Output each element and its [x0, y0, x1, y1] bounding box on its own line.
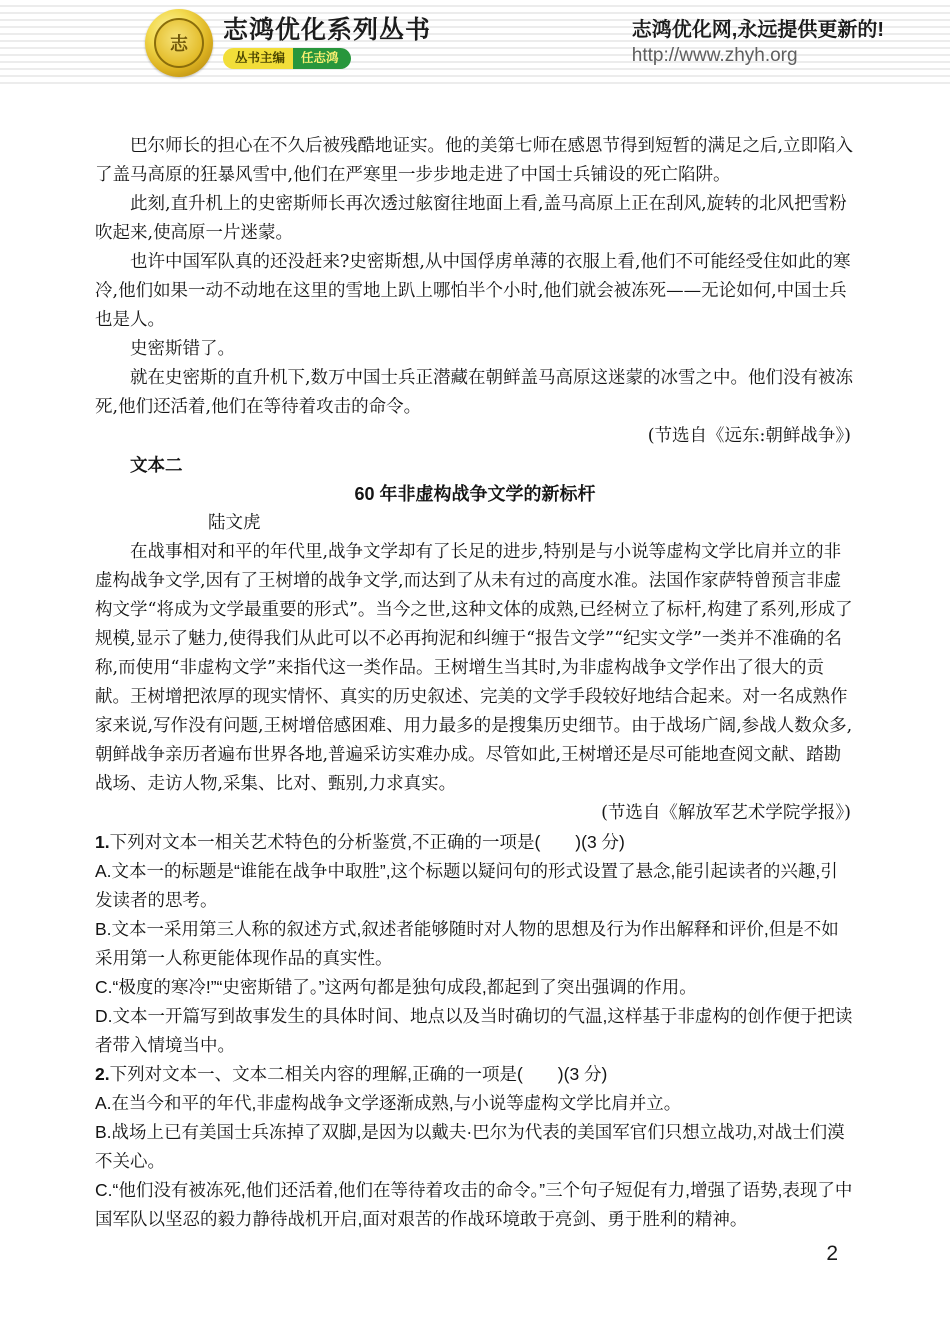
chief-editor-badge: 丛书主编 任志鸿: [223, 48, 351, 69]
text2-author: 陆文虎: [95, 509, 855, 538]
text1-paragraph: 就在史密斯的直升机下,数万中国士兵正潜藏在朝鲜盖马高原这迷蒙的冰雪之中。他们没有…: [95, 364, 855, 422]
text1-paragraph: 史密斯错了。: [95, 335, 855, 364]
site-info-block: 志鸿优化网,永远提供更新的! http://www.zhyh.org: [632, 17, 884, 69]
question-1-number: 1.: [95, 832, 110, 852]
brand-text-block: 志鸿优化系列丛书 丛书主编 任志鸿: [223, 17, 431, 70]
question-1-option-b: B.文本一采用第三人称的叙述方式,叙述者能够随时对人物的思想及行为作出解释和评价…: [95, 915, 855, 973]
chief-editor-badge-name: 任志鸿: [293, 48, 351, 69]
text2-title: 60 年非虚构战争文学的新标杆: [95, 480, 855, 509]
text1-source-attribution: (节选自《远东:朝鲜战争》): [95, 422, 855, 451]
question-2-option-c: C.“他们没有被冻死,他们还活着,他们在等待着攻击的命令。”三个句子短促有力,增…: [95, 1176, 855, 1234]
question-2-option-a: A.在当今和平的年代,非虚构战争文学逐渐成熟,与小说等虚构文学比肩并立。: [95, 1089, 855, 1118]
text2-paragraph: 在战事相对和平的年代里,战争文学却有了长足的进步,特别是与小说等虚构文学比肩并立…: [95, 538, 855, 799]
text1-paragraph: 此刻,直升机上的史密斯师长再次透过舷窗往地面上看,盖马高原上正在刮风,旋转的北风…: [95, 190, 855, 248]
text2-section-label: 文本二: [95, 451, 855, 480]
text2-source-attribution: (节选自《解放军艺术学院学报》): [95, 799, 855, 828]
site-slogan: 志鸿优化网,永远提供更新的!: [632, 17, 884, 43]
question-1-option-c: C.“极度的寒冷!”“史密斯错了。”这两句都是独句成段,都起到了突出强调的作用。: [95, 973, 855, 1002]
question-2-stem: 下列对文本一、文本二相关内容的理解,正确的一项是( )(3 分): [110, 1064, 608, 1084]
text1-paragraph: 也许中国军队真的还没赶来?史密斯想,从中国俘虏单薄的衣服上看,他们不可能经受住如…: [95, 248, 855, 335]
question-1: 1.下列对文本一相关艺术特色的分析鉴赏,不正确的一项是( )(3 分): [95, 828, 855, 857]
page-header: 志 志鸿优化系列丛书 丛书主编 任志鸿 志鸿优化网,永远提供更新的! http:…: [0, 0, 950, 86]
question-1-stem: 下列对文本一相关艺术特色的分析鉴赏,不正确的一项是( )(3 分): [110, 832, 625, 852]
question-2: 2.下列对文本一、文本二相关内容的理解,正确的一项是( )(3 分): [95, 1060, 855, 1089]
question-1-option-d: D.文本一开篇写到故事发生的具体时间、地点以及当时确切的气温,这样基于非虚构的创…: [95, 1002, 855, 1060]
series-medal-logo-icon: 志: [145, 9, 213, 77]
site-url-link[interactable]: http://www.zhyh.org: [632, 44, 884, 69]
question-2-option-b: B.战场上已有美国士兵冻掉了双脚,是因为以戴夫·巴尔为代表的美国军官们只想立战功…: [95, 1118, 855, 1176]
brand-block: 志 志鸿优化系列丛书 丛书主编 任志鸿: [145, 9, 431, 77]
page-number: 2: [826, 1242, 838, 1266]
text1-paragraph: 巴尔师长的担心在不久后被残酷地证实。他的美第七师在感恩节得到短暂的满足之后,立即…: [95, 132, 855, 190]
exam-page-body: 巴尔师长的担心在不久后被残酷地证实。他的美第七师在感恩节得到短暂的满足之后,立即…: [0, 86, 950, 1234]
question-1-option-a: A.文本一的标题是“谁能在战争中取胜”,这个标题以疑问句的形式设置了悬念,能引起…: [95, 857, 855, 915]
chief-editor-badge-label: 丛书主编: [223, 48, 293, 69]
series-title: 志鸿优化系列丛书: [223, 17, 431, 45]
medal-emblem: 志: [154, 18, 204, 68]
question-2-number: 2.: [95, 1064, 110, 1084]
